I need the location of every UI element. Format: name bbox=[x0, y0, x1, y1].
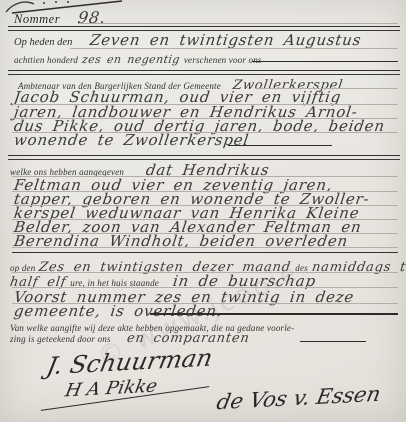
section-divider bbox=[8, 70, 400, 75]
ruling-line bbox=[78, 23, 398, 24]
signature-registrar: J. Schuurman bbox=[48, 348, 211, 376]
printed-form-text: achttien honderd bbox=[14, 55, 78, 65]
handwritten-text: gemeente, is overleden. bbox=[13, 304, 223, 319]
signature-text: H A Pikke bbox=[63, 376, 159, 402]
printed-form-text: Op heden den bbox=[14, 37, 72, 48]
death-certificate-scan: Nommer 98. Op heden den Zeven en twintig… bbox=[0, 0, 406, 422]
record-number-line: Nommer 98. bbox=[14, 10, 400, 27]
filled-blank-line bbox=[300, 341, 366, 342]
year-line: achttien honderd zes en negentig versche… bbox=[14, 51, 400, 67]
printed-form-text: zing is geteekend door ons bbox=[10, 334, 111, 344]
death-statement-line: gemeente, is overleden. bbox=[14, 304, 400, 320]
filled-blank-line bbox=[150, 313, 398, 315]
section-divider bbox=[8, 155, 400, 160]
signature-official: de Vos v. Essen bbox=[218, 386, 379, 410]
handwritten-text: en comparanten bbox=[126, 332, 250, 345]
handwritten-year: zes en negentig bbox=[81, 54, 180, 65]
handwritten-text: wonende te Zwollerkerspel bbox=[13, 133, 250, 148]
filled-blank-line bbox=[252, 61, 398, 62]
nommer-label: Nommer bbox=[14, 12, 60, 26]
signature-text: J. Schuurman bbox=[44, 344, 215, 381]
ruling-line bbox=[70, 48, 398, 49]
signature-text: de Vos v. Essen bbox=[215, 382, 383, 414]
section-divider bbox=[12, 252, 398, 253]
filled-blank-line bbox=[228, 145, 332, 146]
ruling-line bbox=[12, 247, 398, 248]
date-line: Op heden den Zeven en twintigsten August… bbox=[14, 33, 400, 49]
declarant-line: wonende te Zwollerkerspel bbox=[14, 133, 400, 149]
printed-form-text: verschenen voor ons bbox=[184, 55, 262, 65]
handwritten-date: Zeven en twintigsten Augustus bbox=[89, 33, 362, 48]
